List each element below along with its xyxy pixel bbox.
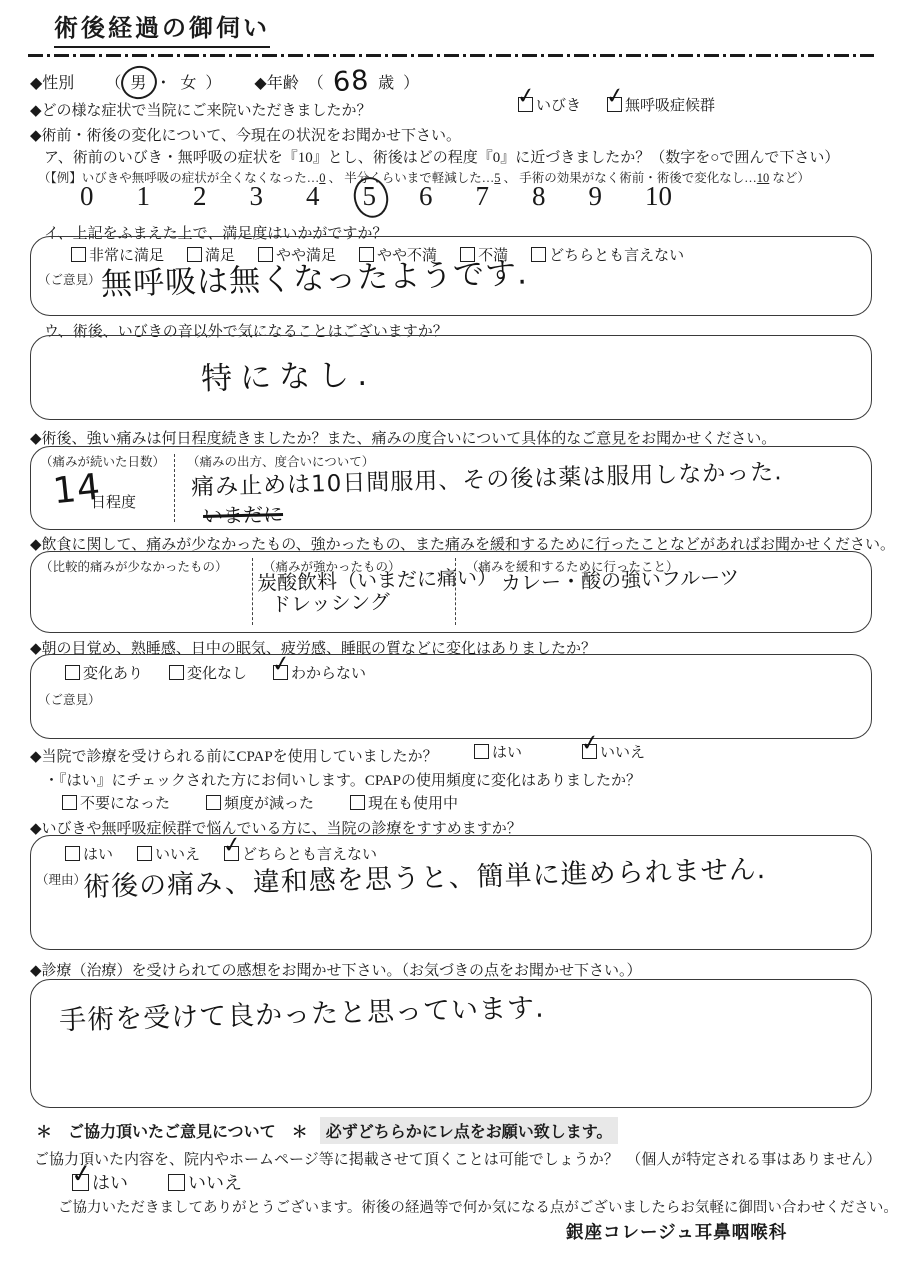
concerns-handwriting: 特になし. <box>200 349 375 399</box>
recommend-answer-box: はい いいえ どちらとも言えない （理由） 術後の痛み、違和感を思うと、簡単に進… <box>30 835 872 950</box>
questionnaire-page: 術後経過の御伺い ◆性別 （ 男 ・ 女 ） ◆年齢 （ 68 歳 ） ◆どの様… <box>0 0 900 1273</box>
checkbox-publish-no[interactable]: いいえ <box>168 1169 242 1195</box>
scale-10[interactable]: 10 <box>645 181 672 212</box>
change-question-a: ア、術前のいびき・無呼吸の症状を『10』とし、術後はどの程度『0』に近づきました… <box>44 146 839 167</box>
example-num-10: 10 <box>757 171 770 185</box>
example-text: など） <box>769 171 810 185</box>
gender-label: ◆性別 <box>30 70 74 93</box>
sleep-comment-label: （ご意見） <box>38 690 101 708</box>
scale-9[interactable]: 9 <box>589 181 603 212</box>
sleep-options: 変化あり 変化なし わからない <box>65 662 366 683</box>
concerns-answer-box: 特になし. <box>30 335 872 420</box>
scale-2[interactable]: 2 <box>193 181 207 212</box>
checkbox-label: 変化あり <box>83 662 143 683</box>
pain-heading: ◆術後、強い痛みは何日程度続きましたか？また、痛みの度合いについて具体的なご意見… <box>30 427 776 448</box>
checkbox-label: 頻度が減った <box>224 792 314 813</box>
checkbox-square[interactable] <box>62 795 77 810</box>
profile-row: ◆性別 （ 男 ・ 女 ） ◆年齢 （ 68 歳 ） <box>30 66 419 97</box>
checkbox-square[interactable] <box>72 1174 89 1191</box>
scale-row: 0 1 2 3 4 5 6 7 8 9 10 <box>80 181 672 212</box>
checkbox-cpap-yes[interactable]: はい <box>474 741 522 762</box>
change-heading: ◆術前・術後の変化について、今現在の状況をお聞かせ下さい。 <box>30 124 461 145</box>
checkbox-square[interactable] <box>224 846 239 861</box>
checkbox-square[interactable] <box>168 1174 185 1191</box>
checkbox-square[interactable] <box>65 846 80 861</box>
check-icon <box>580 732 601 756</box>
satisfaction-answer-box: 非常に満足 満足 やや満足 やや不満 不満 どちらとも言えない （ご意見） 無呼… <box>30 236 872 316</box>
checkbox-publish-yes[interactable]: はい <box>72 1169 128 1195</box>
age-paren-open: （ <box>308 70 324 93</box>
checkbox-label: 現在も使用中 <box>368 792 458 813</box>
checkbox-label: いびき <box>536 94 581 115</box>
food-line-2: カレー・酸の強いフルーツ <box>501 566 740 594</box>
cpap-followup-options: 不要になった 頻度が減った 現在も使用中 <box>62 792 458 813</box>
checkbox-label: 無呼吸症候群 <box>625 94 715 115</box>
checkbox-square[interactable] <box>518 97 533 112</box>
checkbox-apnea[interactable]: 無呼吸症候群 <box>607 94 715 115</box>
checkbox-square[interactable] <box>273 665 288 680</box>
age-value: 68 <box>332 65 370 98</box>
checkbox-snoring[interactable]: いびき <box>518 94 581 115</box>
check-icon <box>222 834 243 858</box>
gender-female-option[interactable]: 女 <box>180 70 196 93</box>
scale-8[interactable]: 8 <box>532 181 546 212</box>
checkbox-label: はい <box>83 843 113 864</box>
consent-heading-row: ＊ ご協力頂いたご意見について ＊ 必ずどちらかにレ点をお願い致します。 <box>36 1117 618 1144</box>
comment-label: （ご意見） <box>38 270 101 288</box>
age-label: ◆年齢 <box>254 70 298 93</box>
gender-male-option[interactable]: 男 <box>130 70 146 93</box>
checkbox-changed[interactable]: 変化あり <box>65 662 143 683</box>
consent-question: ご協力頂いた内容を、院内やホームページ等に掲載させて頂くことは可能でしょうか？ … <box>34 1148 881 1169</box>
cpap-question: ◆当院で診療を受けられる前にCPAPを使用していましたか？ <box>30 745 438 766</box>
checkbox-label: 不要になった <box>80 792 170 813</box>
checkbox-no-change[interactable]: 変化なし <box>169 662 247 683</box>
dash-dot-divider <box>28 54 874 57</box>
cpap-options: はい いいえ <box>474 741 645 762</box>
checkbox-square[interactable] <box>169 665 184 680</box>
checkbox-no-longer-needed[interactable]: 不要になった <box>62 792 170 813</box>
reason-label: （理由） <box>36 870 86 888</box>
gender-paren-close: ） <box>205 70 221 93</box>
cpap-followup-note: ・『はい』にチェックされた方にお伺いします。CPAPの使用頻度に変化はありました… <box>44 769 641 790</box>
scale-6[interactable]: 6 <box>419 181 433 212</box>
check-icon <box>516 85 537 109</box>
checkbox-label: わからない <box>291 662 366 683</box>
impression-handwriting: 手術を受けて良かったと思っています. <box>59 986 545 1038</box>
checkbox-cpap-no[interactable]: いいえ <box>582 741 645 762</box>
symptom-question: ◆どの様な症状で当院にご来院いただきましたか？ <box>30 99 372 120</box>
checkbox-square[interactable] <box>607 97 622 112</box>
page-title: 術後経過の御伺い <box>54 8 270 48</box>
impression-answer-box: 手術を受けて良かったと思っています. <box>30 979 872 1108</box>
gender-paren-open: （ <box>105 70 121 93</box>
scale-3[interactable]: 3 <box>250 181 264 212</box>
checkbox-label: いいえ <box>155 843 200 864</box>
checkbox-neither[interactable]: どちらとも言えない <box>531 244 684 265</box>
checkbox-label: 変化なし <box>187 662 247 683</box>
checkbox-square[interactable] <box>65 665 80 680</box>
pain-crossed-out-handwriting: いまだに <box>203 498 284 529</box>
food-column-separator-1 <box>252 558 253 625</box>
checkbox-square[interactable] <box>137 846 152 861</box>
checkbox-label: どちらとも言えない <box>549 244 684 265</box>
checkbox-square[interactable] <box>474 744 489 759</box>
consent-heading-right: 必ずどちらかにレ点をお願い致します。 <box>320 1117 619 1144</box>
pain-days-label: （痛みが続いた日数） <box>40 452 165 470</box>
food-answer-box: （比較的痛みが少なかったもの） （痛みが強かったもの） （痛みを緩和するために行… <box>30 551 872 633</box>
checkbox-square[interactable] <box>582 744 597 759</box>
checkbox-unsure[interactable]: わからない <box>273 662 366 683</box>
check-icon <box>271 653 292 677</box>
sleep-answer-box: 変化あり 変化なし わからない （ご意見） <box>30 654 872 739</box>
checkbox-label: はい <box>492 741 522 762</box>
checkbox-recommend-no[interactable]: いいえ <box>137 843 200 864</box>
consent-options: はい いいえ <box>72 1169 242 1195</box>
scale-0[interactable]: 0 <box>80 181 94 212</box>
checkbox-still-using[interactable]: 現在も使用中 <box>350 792 458 813</box>
clinic-name: 銀座コレージュ耳鼻咽喉科 <box>566 1219 787 1244</box>
symptom-options: いびき 無呼吸症候群 <box>518 94 715 115</box>
thanks-message: ご協力いただきましてありがとうございます。術後の経過等で何か気になる点がございま… <box>58 1196 898 1217</box>
age-unit: 歳 <box>378 70 394 93</box>
pain-answer-box: （痛みが続いた日数） （痛みの出方、度合いについて） 14 日程度 痛み止めは1… <box>30 446 872 530</box>
checkbox-square[interactable] <box>350 795 365 810</box>
checkbox-label: はい <box>92 1169 128 1195</box>
checkbox-label: いいえ <box>600 741 645 762</box>
food-line-3: ドレッシング <box>271 590 390 615</box>
check-icon <box>69 1159 93 1187</box>
impression-heading: ◆診療（治療）を受けられての感想をお聞かせ下さい。（お気づきの点をお聞かせ下さい… <box>30 959 642 980</box>
checkbox-recommend-yes[interactable]: はい <box>65 843 113 864</box>
pain-days-unit: 日程度 <box>91 491 136 512</box>
gender-separator: ・ <box>155 70 171 93</box>
checkbox-reduced-frequency[interactable]: 頻度が減った <box>206 792 314 813</box>
checkbox-square[interactable] <box>531 247 546 262</box>
checkbox-square[interactable] <box>71 247 86 262</box>
consent-heading-left: ＊ ご協力頂いたご意見について ＊ <box>36 1119 308 1142</box>
check-icon <box>605 85 626 109</box>
scale-7[interactable]: 7 <box>476 181 490 212</box>
scale-1[interactable]: 1 <box>137 181 151 212</box>
food-col2-handwriting: 炭酸飲料（いまだに痛い） カレー・酸の強いフルーツ ドレッシング <box>257 569 871 614</box>
scale-4[interactable]: 4 <box>306 181 320 212</box>
age-paren-close: ） <box>403 70 419 93</box>
checkbox-label: いいえ <box>188 1169 242 1195</box>
scale-5[interactable]: 5 <box>363 181 377 212</box>
checkbox-square[interactable] <box>206 795 221 810</box>
food-col1-label: （比較的痛みが少なかったもの） <box>40 557 228 575</box>
pain-column-separator <box>174 454 175 522</box>
